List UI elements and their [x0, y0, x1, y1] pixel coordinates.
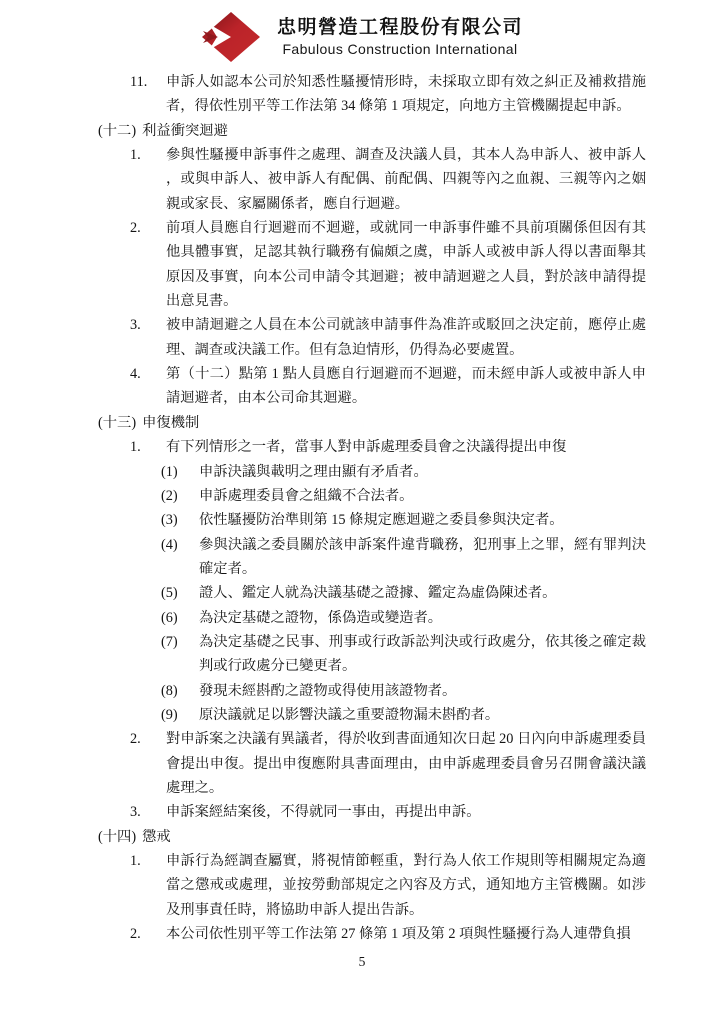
item-number: 1.	[130, 849, 141, 873]
item-number: 4.	[130, 362, 141, 386]
item-text: 申訴案經結案後，不得就同一事由，再提出申訴。	[166, 804, 481, 820]
numbered-item: 2.對申訴案之決議有異議者，得於收到書面通知次日起 20 日內向申訴處理委員會提…	[98, 727, 646, 800]
section-heading-13: (十三)申復機制	[98, 411, 646, 435]
item-number: (9)	[161, 703, 178, 727]
item-number: (1)	[161, 460, 178, 484]
document-page: 忠明營造工程股份有限公司 Fabulous Construction Inter…	[0, 0, 724, 1024]
section-title: 申復機制	[142, 415, 199, 431]
letterhead: 忠明營造工程股份有限公司 Fabulous Construction Inter…	[0, 11, 724, 63]
sub-item: (2)申訴處理委員會之組織不合法者。	[98, 484, 646, 508]
item-text: 對申訴案之決議有異議者，得於收到書面通知次日起 20 日內向申訴處理委員會提出申…	[166, 731, 646, 796]
numbered-item: 2.前項人員應自行迴避而不迴避，或就同一申訴事件雖不具前項關係但因有其他具體事實…	[98, 216, 646, 313]
sub-item: (9)原決議就足以影響決議之重要證物漏未斟酌者。	[98, 703, 646, 727]
section-label: (十四)	[98, 829, 136, 845]
item-text: 證人、鑑定人就為決議基礎之證據、鑑定為虛偽陳述者。	[199, 585, 556, 601]
section-heading-12: (十二)利益衝突迴避	[98, 119, 646, 143]
company-logo-diamond-icon	[201, 11, 261, 63]
sub-item: (8)發現未經斟酌之證物或得使用該證物者。	[98, 679, 646, 703]
numbered-item: 1.申訴行為經調查屬實，將視情節輕重，對行為人依工作規則等相關規定為適當之懲戒或…	[98, 849, 646, 922]
item-number: 1.	[130, 435, 141, 459]
item-number: (7)	[161, 630, 178, 654]
item-number: (2)	[161, 484, 178, 508]
numbered-item-11: 11.申訴人如認本公司於知悉性騷擾情形時，未採取立即有效之糾正及補救措施者，得依…	[98, 70, 646, 119]
document-body: 11.申訴人如認本公司於知悉性騷擾情形時，未採取立即有效之糾正及補救措施者，得依…	[98, 70, 646, 946]
item-text: 參與決議之委員關於該申訴案件違背職務，犯刑事上之罪，經有罪判決確定者。	[199, 537, 646, 577]
item-text: 為決定基礎之民事、刑事或行政訴訟判決或行政處分，依其後之確定裁判或行政處分已變更…	[199, 634, 646, 674]
numbered-item: 3.申訴案經結案後，不得就同一事由，再提出申訴。	[98, 800, 646, 824]
item-number: (4)	[161, 533, 178, 557]
numbered-item: 4.第（十二）點第 1 點人員應自行迴避而不迴避，而未經申訴人或被申訴人申請迴避…	[98, 362, 646, 411]
item-number: (6)	[161, 606, 178, 630]
item-number: 3.	[130, 800, 141, 824]
section-heading-14: (十四)懲戒	[98, 825, 646, 849]
sub-item: (1)申訴決議與載明之理由顯有矛盾者。	[98, 460, 646, 484]
item-text: 發現未經斟酌之證物或得使用該證物者。	[199, 683, 456, 699]
item-number: 2.	[130, 216, 141, 240]
page-number: 5	[0, 953, 724, 971]
company-name-block: 忠明營造工程股份有限公司 Fabulous Construction Inter…	[277, 16, 523, 58]
item-text: 原決議就足以影響決議之重要證物漏未斟酌者。	[199, 707, 499, 723]
sub-item: (3)依性騷擾防治準則第 15 條規定應迴避之委員參與決定者。	[98, 508, 646, 532]
item-number: (5)	[161, 581, 178, 605]
section-label: (十二)	[98, 123, 136, 139]
item-text: 被申請迴避之人員在本公司就該申請事件為准許或駁回之決定前，應停止處理、調查或決議…	[166, 317, 646, 357]
item-number: 1.	[130, 143, 141, 167]
item-text: 申訴決議與載明之理由顯有矛盾者。	[199, 464, 428, 480]
item-text: 第（十二）點第 1 點人員應自行迴避而不迴避，而未經申訴人或被申訴人申請迴避者，…	[166, 366, 646, 406]
numbered-item: 1.參與性騷擾申訴事件之處理、調查及決議人員，其本人為申訴人、被申訴人，或與申訴…	[98, 143, 646, 216]
sub-item: (6)為決定基礎之證物，係偽造或變造者。	[98, 606, 646, 630]
sub-item: (7)為決定基礎之民事、刑事或行政訴訟判決或行政處分，依其後之確定裁判或行政處分…	[98, 630, 646, 679]
section-label: (十三)	[98, 415, 136, 431]
item-text: 申訴處理委員會之組織不合法者。	[199, 488, 413, 504]
sub-item: (4)參與決議之委員關於該申訴案件違背職務，犯刑事上之罪，經有罪判決確定者。	[98, 533, 646, 582]
item-text: 申訴行為經調查屬實，將視情節輕重，對行為人依工作規則等相關規定為適當之懲戒或處理…	[166, 853, 646, 918]
item-text: 依性騷擾防治準則第 15 條規定應迴避之委員參與決定者。	[199, 512, 564, 528]
item-number: 11.	[130, 70, 147, 94]
item-number: (8)	[161, 679, 178, 703]
company-name-chinese: 忠明營造工程股份有限公司	[277, 16, 523, 40]
item-text: 申訴人如認本公司於知悉性騷擾情形時，未採取立即有效之糾正及補救措施者，得依性別平…	[166, 74, 646, 114]
item-text: 有下列情形之一者，當事人對申訴處理委員會之決議得提出申復	[166, 439, 566, 455]
sub-item: (5)證人、鑑定人就為決議基礎之證據、鑑定為虛偽陳述者。	[98, 581, 646, 605]
numbered-item: 2.本公司依性別平等工作法第 27 條第 1 項及第 2 項與性騷擾行為人連帶負…	[98, 922, 646, 946]
numbered-item: 3.被申請迴避之人員在本公司就該申請事件為准許或駁回之決定前，應停止處理、調查或…	[98, 313, 646, 362]
section-title: 利益衝突迴避	[142, 123, 228, 139]
item-text: 本公司依性別平等工作法第 27 條第 1 項及第 2 項與性騷擾行為人連帶負損	[166, 926, 631, 942]
item-number: 2.	[130, 922, 141, 946]
item-number: (3)	[161, 508, 178, 532]
numbered-item: 1.有下列情形之一者，當事人對申訴處理委員會之決議得提出申復	[98, 435, 646, 459]
item-text: 參與性騷擾申訴事件之處理、調查及決議人員，其本人為申訴人、被申訴人，或與申訴人、…	[166, 147, 646, 212]
section-title: 懲戒	[142, 829, 171, 845]
item-text: 前項人員應自行迴避而不迴避，或就同一申訴事件雖不具前項關係但因有其他具體事實，足…	[166, 220, 646, 309]
item-text: 為決定基礎之證物，係偽造或變造者。	[199, 610, 442, 626]
company-name-english: Fabulous Construction International	[277, 41, 523, 58]
item-number: 3.	[130, 313, 141, 337]
item-number: 2.	[130, 727, 141, 751]
